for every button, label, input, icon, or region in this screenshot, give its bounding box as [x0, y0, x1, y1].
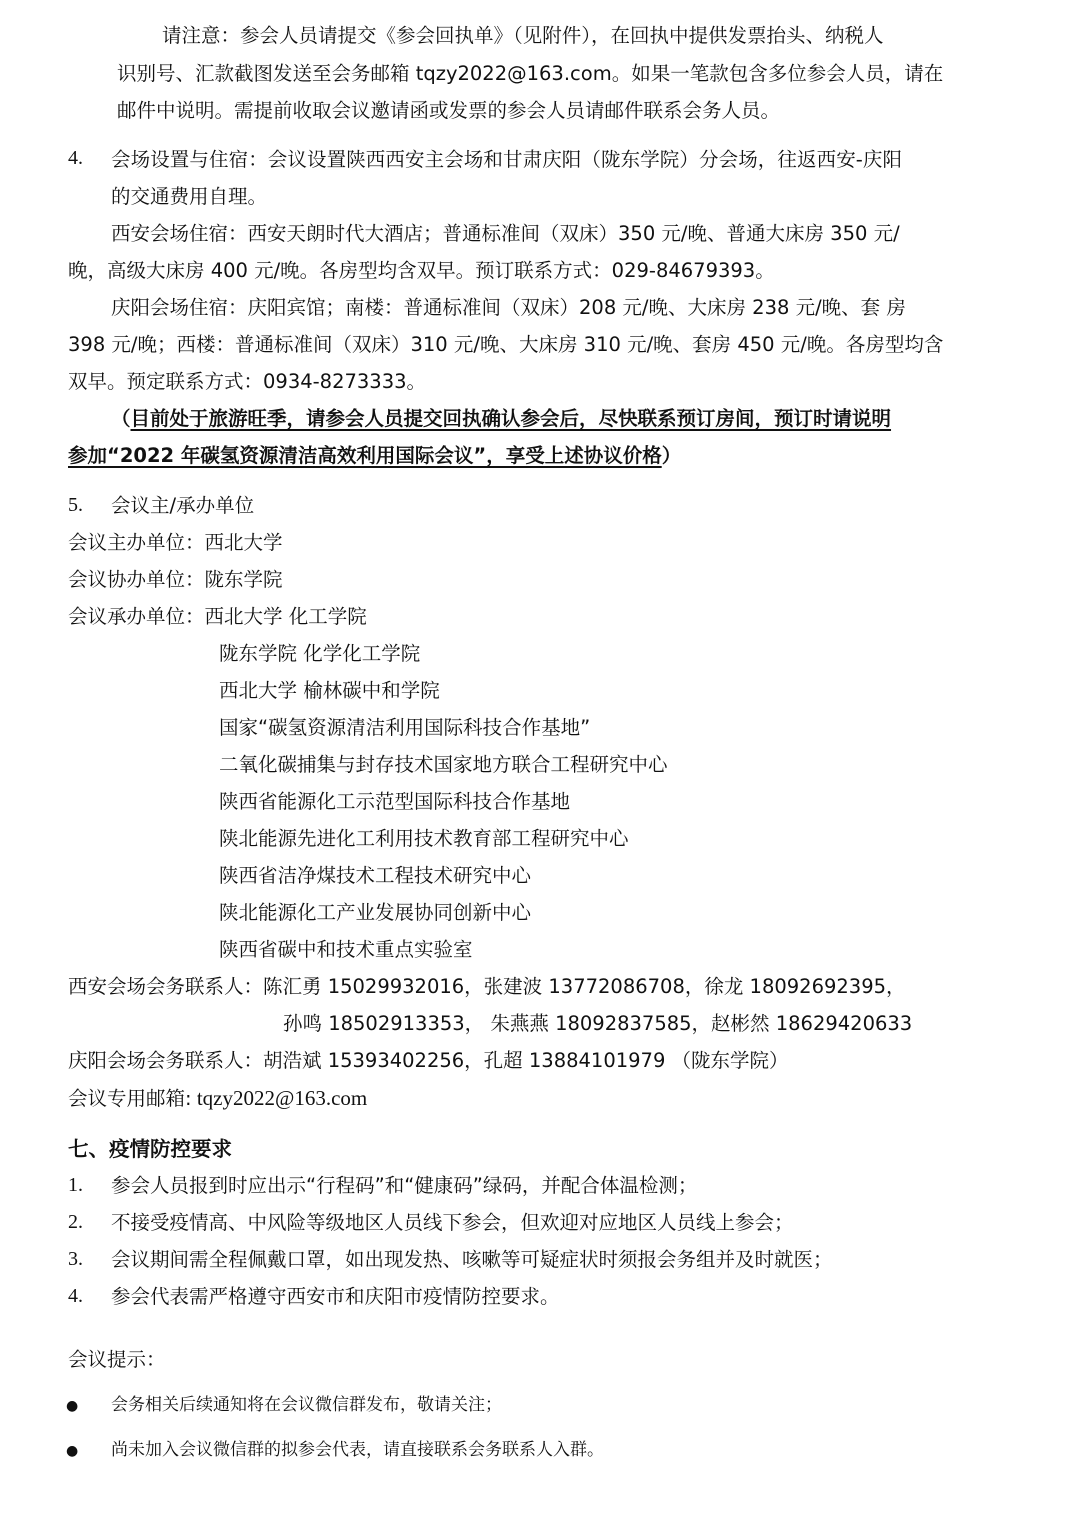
xian-contacts-line-2: 孙鸣 18502913353， 朱燕燕 18092837585，赵彬然 1862…: [283, 1010, 912, 1038]
qingyang-contacts-label: 庆阳会场会务联系人：: [68, 1049, 263, 1072]
qingyang-contacts-value: 胡浩斌 15393402256，孔超 13884101979 （陇东学院）: [263, 1049, 789, 1072]
co-host-label: 会议协办单位：: [68, 568, 205, 591]
section-4-number: 4.: [68, 147, 83, 170]
tip-item: 尚未加入会议微信群的拟参会代表，请直接联系会务联系人入群。: [111, 1436, 604, 1464]
host-row: 会议主办单位：西北大学: [68, 529, 283, 557]
tips-title: 会议提示：: [68, 1346, 166, 1374]
xian-contacts-row: 西安会场会务联系人：陈汇勇 15029932016，张建波 1377208670…: [68, 973, 906, 1001]
organizer-item: 陕西省洁净煤技术工程技术研究中心: [219, 862, 531, 890]
organizer-item: 二氧化碳捕集与封存技术国家地方联合工程研究中心: [219, 751, 668, 779]
notice-line-1: 请注意：参会人员请提交《参会回执单》（见附件），在回执中提供发票抬头、纳税人: [162, 22, 997, 50]
item-number: 1.: [68, 1174, 83, 1197]
venue-line-1: 会场设置与住宿：会议设置陕西西安主会场和甘肃庆阳（陇东学院）分会场，往返西安-庆…: [111, 146, 997, 174]
organizer-label: 会议承办单位：: [68, 605, 205, 628]
close-paren: ）: [662, 444, 682, 467]
prevention-item: 不接受疫情高、中风险等级地区人员线下参会，但欢迎对应地区人员线上参会；: [111, 1209, 794, 1237]
notice-line-3: 邮件中说明。需提前收取会议邀请函或发票的参会人员请邮件联系会务人员。: [117, 97, 780, 125]
email-link[interactable]: tqzy2022@163.com: [192, 1086, 368, 1110]
qingyang-contacts-row: 庆阳会场会务联系人：胡浩斌 15393402256，孔超 13884101979…: [68, 1047, 789, 1075]
section-7-title: 七、疫情防控要求: [68, 1135, 232, 1163]
booking-emphasis-line-2: 参加“2022 年碳氢资源清洁高效利用国际会议”，享受上述协议价格）: [68, 442, 681, 470]
organizer-item: 陕北能源先进化工利用技术教育部工程研究中心: [219, 825, 629, 853]
email-row: 会议专用邮箱: tqzy2022@163.com: [68, 1084, 367, 1112]
section-5-title: 会议主/承办单位: [111, 492, 254, 520]
xian-lodging-line-1: 西安会场住宿：西安天朗时代大酒店；普通标准间（双床）350 元/晚、普通大床房 …: [111, 220, 997, 248]
booking-emphasis-text-1: 目前处于旅游旺季，请参会人员提交回执确认参会后，尽快联系预订房间，预订时请说明: [131, 407, 892, 430]
qingyang-lodging-line-3: 双早。预定联系方式：0934-8273333。: [68, 368, 426, 396]
booking-emphasis-text-2: 参加“2022 年碳氢资源清洁高效利用国际会议”，享受上述协议价格: [68, 444, 662, 467]
bullet-icon: ●: [66, 1398, 78, 1414]
co-host-value: 陇东学院: [205, 568, 283, 591]
prevention-item: 会议期间需全程佩戴口罩，如出现发热、咳嗽等可疑症状时须报会务组并及时就医；: [111, 1246, 833, 1274]
organizer-item: 陕西省碳中和技术重点实验室: [219, 936, 473, 964]
qingyang-lodging-line-1: 庆阳会场住宿：庆阳宾馆；南楼：普通标准间（双床）208 元/晚、大床房 238 …: [111, 294, 997, 322]
xian-contacts-value: 陈汇勇 15029932016，张建波 13772086708，徐龙 18092…: [263, 975, 906, 998]
tip-item: 会务相关后续通知将在会议微信群发布，敬请关注；: [111, 1391, 502, 1419]
email-label: 会议专用邮箱:: [68, 1087, 192, 1110]
organizer-item: 陇东学院 化学化工学院: [219, 640, 420, 668]
venue-line-2: 的交通费用自理。: [111, 183, 267, 211]
co-host-row: 会议协办单位：陇东学院: [68, 566, 283, 594]
xian-lodging-line-2: 晚，高级大床房 400 元/晚。各房型均含双早。预订联系方式：029-84679…: [68, 257, 775, 285]
host-label: 会议主办单位：: [68, 531, 205, 554]
item-number: 3.: [68, 1248, 83, 1271]
open-paren: （: [111, 407, 131, 430]
bullet-icon: ●: [66, 1443, 78, 1459]
organizer-item: 西北大学 榆林碳中和学院: [219, 677, 440, 705]
xian-contacts-label: 西安会场会务联系人：: [68, 975, 263, 998]
qingyang-lodging-line-2: 398 元/晚；西楼：普通标准间（双床）310 元/晚、大床房 310 元/晚、…: [68, 331, 997, 359]
prevention-item: 参会人员报到时应出示“行程码”和“健康码”绿码，并配合体温检测；: [111, 1172, 697, 1200]
item-number: 4.: [68, 1285, 83, 1308]
section-5-number: 5.: [68, 494, 83, 517]
organizer-item: 陕北能源化工产业发展协同创新中心: [219, 899, 531, 927]
item-number: 2.: [68, 1211, 83, 1234]
organizer-item: 陕西省能源化工示范型国际科技合作基地: [219, 788, 570, 816]
booking-emphasis-line-1: （目前处于旅游旺季，请参会人员提交回执确认参会后，尽快联系预订房间，预订时请说明: [111, 405, 891, 433]
notice-line-2: 识别号、汇款截图发送至会务邮箱 tqzy2022@163.com。如果一笔款包含…: [117, 60, 997, 88]
prevention-item: 参会代表需严格遵守西安市和庆阳市疫情防控要求。: [111, 1283, 560, 1311]
organizer-row: 会议承办单位：西北大学 化工学院: [68, 603, 367, 631]
organizer-item: 国家“碳氢资源清洁利用国际科技合作基地”: [219, 714, 590, 742]
host-value: 西北大学: [205, 531, 283, 554]
organizer-value: 西北大学 化工学院: [205, 605, 367, 628]
